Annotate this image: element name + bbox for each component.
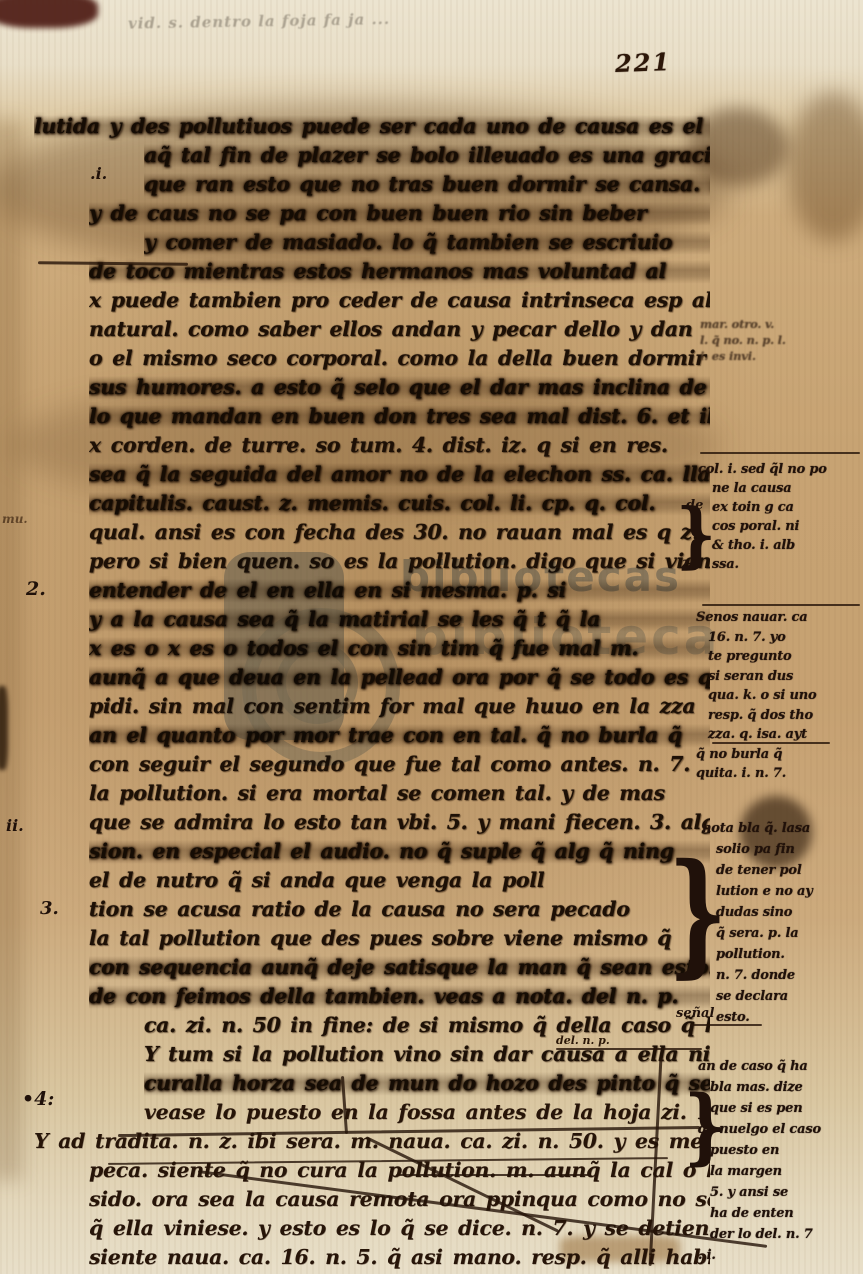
- margin-note-line: la margen: [710, 1161, 863, 1182]
- margin-note-line: & tho. i. alb: [712, 536, 863, 555]
- margin-note-line: que si es pen: [710, 1098, 863, 1119]
- manuscript-line: con seguir el segundo que fue tal como a…: [89, 750, 710, 779]
- margin-note-line: cos poral. ni: [712, 517, 863, 536]
- manuscript-line: aunq̃ a que deua en la pellead ora por q…: [89, 663, 710, 692]
- paragraph-marker-ii: ii.: [6, 816, 24, 835]
- paragraph-marker-i: .i.: [90, 164, 107, 183]
- paragraph-marker-3: 3.: [40, 898, 59, 919]
- manuscript-line: aq̃ tal fin de plazer se bolo illeuado e…: [144, 141, 710, 170]
- paragraph-marker-mu: mu.: [2, 512, 28, 526]
- margin-note-c-tail: señal: [676, 1006, 714, 1021]
- manuscript-line: capitulis. caust. z. memis. cuis. col. l…: [89, 489, 710, 518]
- margin-note-line: qua. k. o si uno: [708, 686, 863, 706]
- margin-note-line: Senos nauar. ca: [696, 608, 863, 628]
- manuscript-line: qual. ansi es con fecha des 30. no rauan…: [89, 518, 710, 547]
- margin-note-line: ssa.: [712, 555, 863, 574]
- margin-note-line: . i.: [698, 1245, 863, 1266]
- manuscript-line: sion. en especial el audio. no q̃ suple …: [89, 837, 710, 866]
- ink-underline: [556, 1048, 702, 1050]
- manuscript-line: entender de el en ella en si mesma. p. s…: [89, 576, 710, 605]
- manuscript-line: que se admira lo esto tan vbi. 5. y mani…: [89, 808, 710, 837]
- manuscript-line: x corden. de turre. so tum. 4. dist. iz.…: [89, 431, 710, 460]
- manuscript-line: Y tum si la pollution vino sin dar causa…: [144, 1040, 710, 1069]
- manuscript-line: curalla horza sea de mun do hozo des pin…: [144, 1069, 710, 1098]
- ink-rule: [702, 604, 860, 606]
- ink-underline: [396, 1174, 588, 1176]
- paragraph-marker-2: 2.: [26, 578, 46, 600]
- manuscript-line: sea q̃ la seguida del amor no de la elec…: [89, 460, 710, 489]
- manuscript-line: vease lo puesto en la fossa antes de la …: [144, 1098, 710, 1127]
- margin-note-line: ne la causa: [712, 479, 863, 498]
- folio-number: 221: [615, 47, 672, 78]
- margin-note-line: solio pa fin: [716, 839, 863, 860]
- margin-note-line: resp. q̃ dos tho: [708, 706, 863, 726]
- margin-note-line: bla mas. dize: [710, 1077, 863, 1098]
- margin-note-line: an de caso q̃ ha: [698, 1056, 863, 1077]
- manuscript-line: con sequencia aunq̃ deje satisque la man…: [89, 953, 710, 982]
- manuscript-line: ca. zi. n. 50 in fine: de si mismo q̃ de…: [144, 1011, 710, 1040]
- margin-note-line: q̃ sera. p. la: [716, 923, 863, 944]
- margin-note-line: 5. y ansi se: [710, 1182, 863, 1203]
- margin-note-line: puesto en: [710, 1140, 863, 1161]
- manuscript-page: vid. s. dentro la foja fa ja ... 221 lut…: [0, 0, 863, 1274]
- manuscript-line: pidi. sin mal con sentim for mal que huu…: [89, 692, 710, 721]
- manuscript-line: y de caus no se pa con buen buen rio sin…: [89, 199, 710, 228]
- manuscript-line: natural. como saber ellos andan y pecar …: [89, 315, 710, 344]
- manuscript-line: x es o x es o todos el con sin tim q̃ fu…: [89, 634, 710, 663]
- ink-rule: [700, 452, 860, 454]
- paragraph-marker-4: •4:: [22, 1088, 54, 1110]
- manuscript-line: y comer de masiado. lo q̃ tambien se esc…: [144, 228, 710, 257]
- margin-note-line: lution e no ay: [716, 881, 863, 902]
- manuscript-line: lutida y des pollutiuos puede ser cada u…: [34, 112, 710, 141]
- margin-note-line: de tener pol: [716, 860, 863, 881]
- margin-note-b: Senos nauar. ca16. n. 7. yote preguntosi…: [696, 608, 863, 784]
- manuscript-line: pero si bien quen. so es la pollution. d…: [89, 547, 710, 576]
- margin-note-line: ha de enten: [710, 1203, 863, 1224]
- ink-underline: [712, 742, 830, 744]
- margin-note-line: ex toin g ca: [712, 498, 863, 517]
- margin-note-line: pollution.: [716, 944, 863, 965]
- manuscript-line: la tal pollution que des pues sobre vien…: [89, 924, 710, 953]
- manuscript-line: o el mismo seco corporal. como la della …: [89, 344, 710, 373]
- margin-note-line: i. es invi.: [700, 348, 863, 364]
- margin-note-a: col. i. sed q̃l no pone la causaex toin …: [698, 460, 863, 574]
- manuscript-line: tion se acusa ratio de la causa no sera …: [89, 895, 710, 924]
- margin-note-line: se declara: [716, 986, 863, 1007]
- manuscript-line: an el quanto por mor trae con en tal. q̃…: [89, 721, 710, 750]
- manuscript-line: q̃ ella viniese. y esto es lo q̃ se dice…: [89, 1214, 710, 1243]
- margin-brace-a: }: [676, 499, 716, 570]
- manuscript-line: de toco mientras estos hermanos mas volu…: [89, 257, 710, 286]
- margin-note-line: col. i. sed q̃l no po: [698, 460, 863, 479]
- margin-note-line: quita. i. n. 7.: [696, 764, 863, 784]
- margin-note-line: q̃ no burla q̃: [696, 745, 863, 765]
- manuscript-line: de con feimos della tambien. veas a nota…: [89, 982, 710, 1011]
- manuscript-line: lo que mandan en buen don tres sea mal d…: [89, 402, 710, 431]
- manuscript-line: sus humores. a esto q̃ selo que el dar m…: [89, 373, 710, 402]
- manuscript-line: siente naua. ca. 16. n. 5. q̃ asi mano. …: [89, 1243, 710, 1272]
- margin-note-line: n. 7. donde: [716, 965, 863, 986]
- margin-note-line: 16. n. 7. yo: [708, 628, 863, 648]
- manuscript-line: el de nutro q̃ si anda que venga la poll: [89, 866, 710, 895]
- margin-note-line: dudas sino: [716, 902, 863, 923]
- margin-note-faint: mar. otro. v.l. q̃ no. n. p. l.i. es inv…: [700, 316, 863, 364]
- margin-note-line: mar. otro. v.: [700, 316, 863, 332]
- manuscript-line: que ran esto que no tras buen dormir se …: [144, 170, 710, 199]
- margin-note-line: si seran dus: [708, 667, 863, 687]
- interlinear-note: del. n. p.: [556, 1034, 610, 1047]
- margin-note-line: l. q̃ no. n. p. l.: [700, 332, 863, 348]
- ink-underline: [690, 1024, 762, 1026]
- manuscript-line: x puede tambien pro ceder de causa intri…: [89, 286, 710, 315]
- manuscript-line: y a la causa sea q̃ la matirial se les q…: [89, 605, 710, 634]
- margin-brace-c: }: [668, 846, 727, 979]
- manuscript-body: lutida y des pollutiuos puede ser cada u…: [34, 112, 710, 1272]
- manuscript-line: la pollution. si era mortal se comen tal…: [89, 779, 710, 808]
- margin-note-line: te pregunto: [708, 647, 863, 667]
